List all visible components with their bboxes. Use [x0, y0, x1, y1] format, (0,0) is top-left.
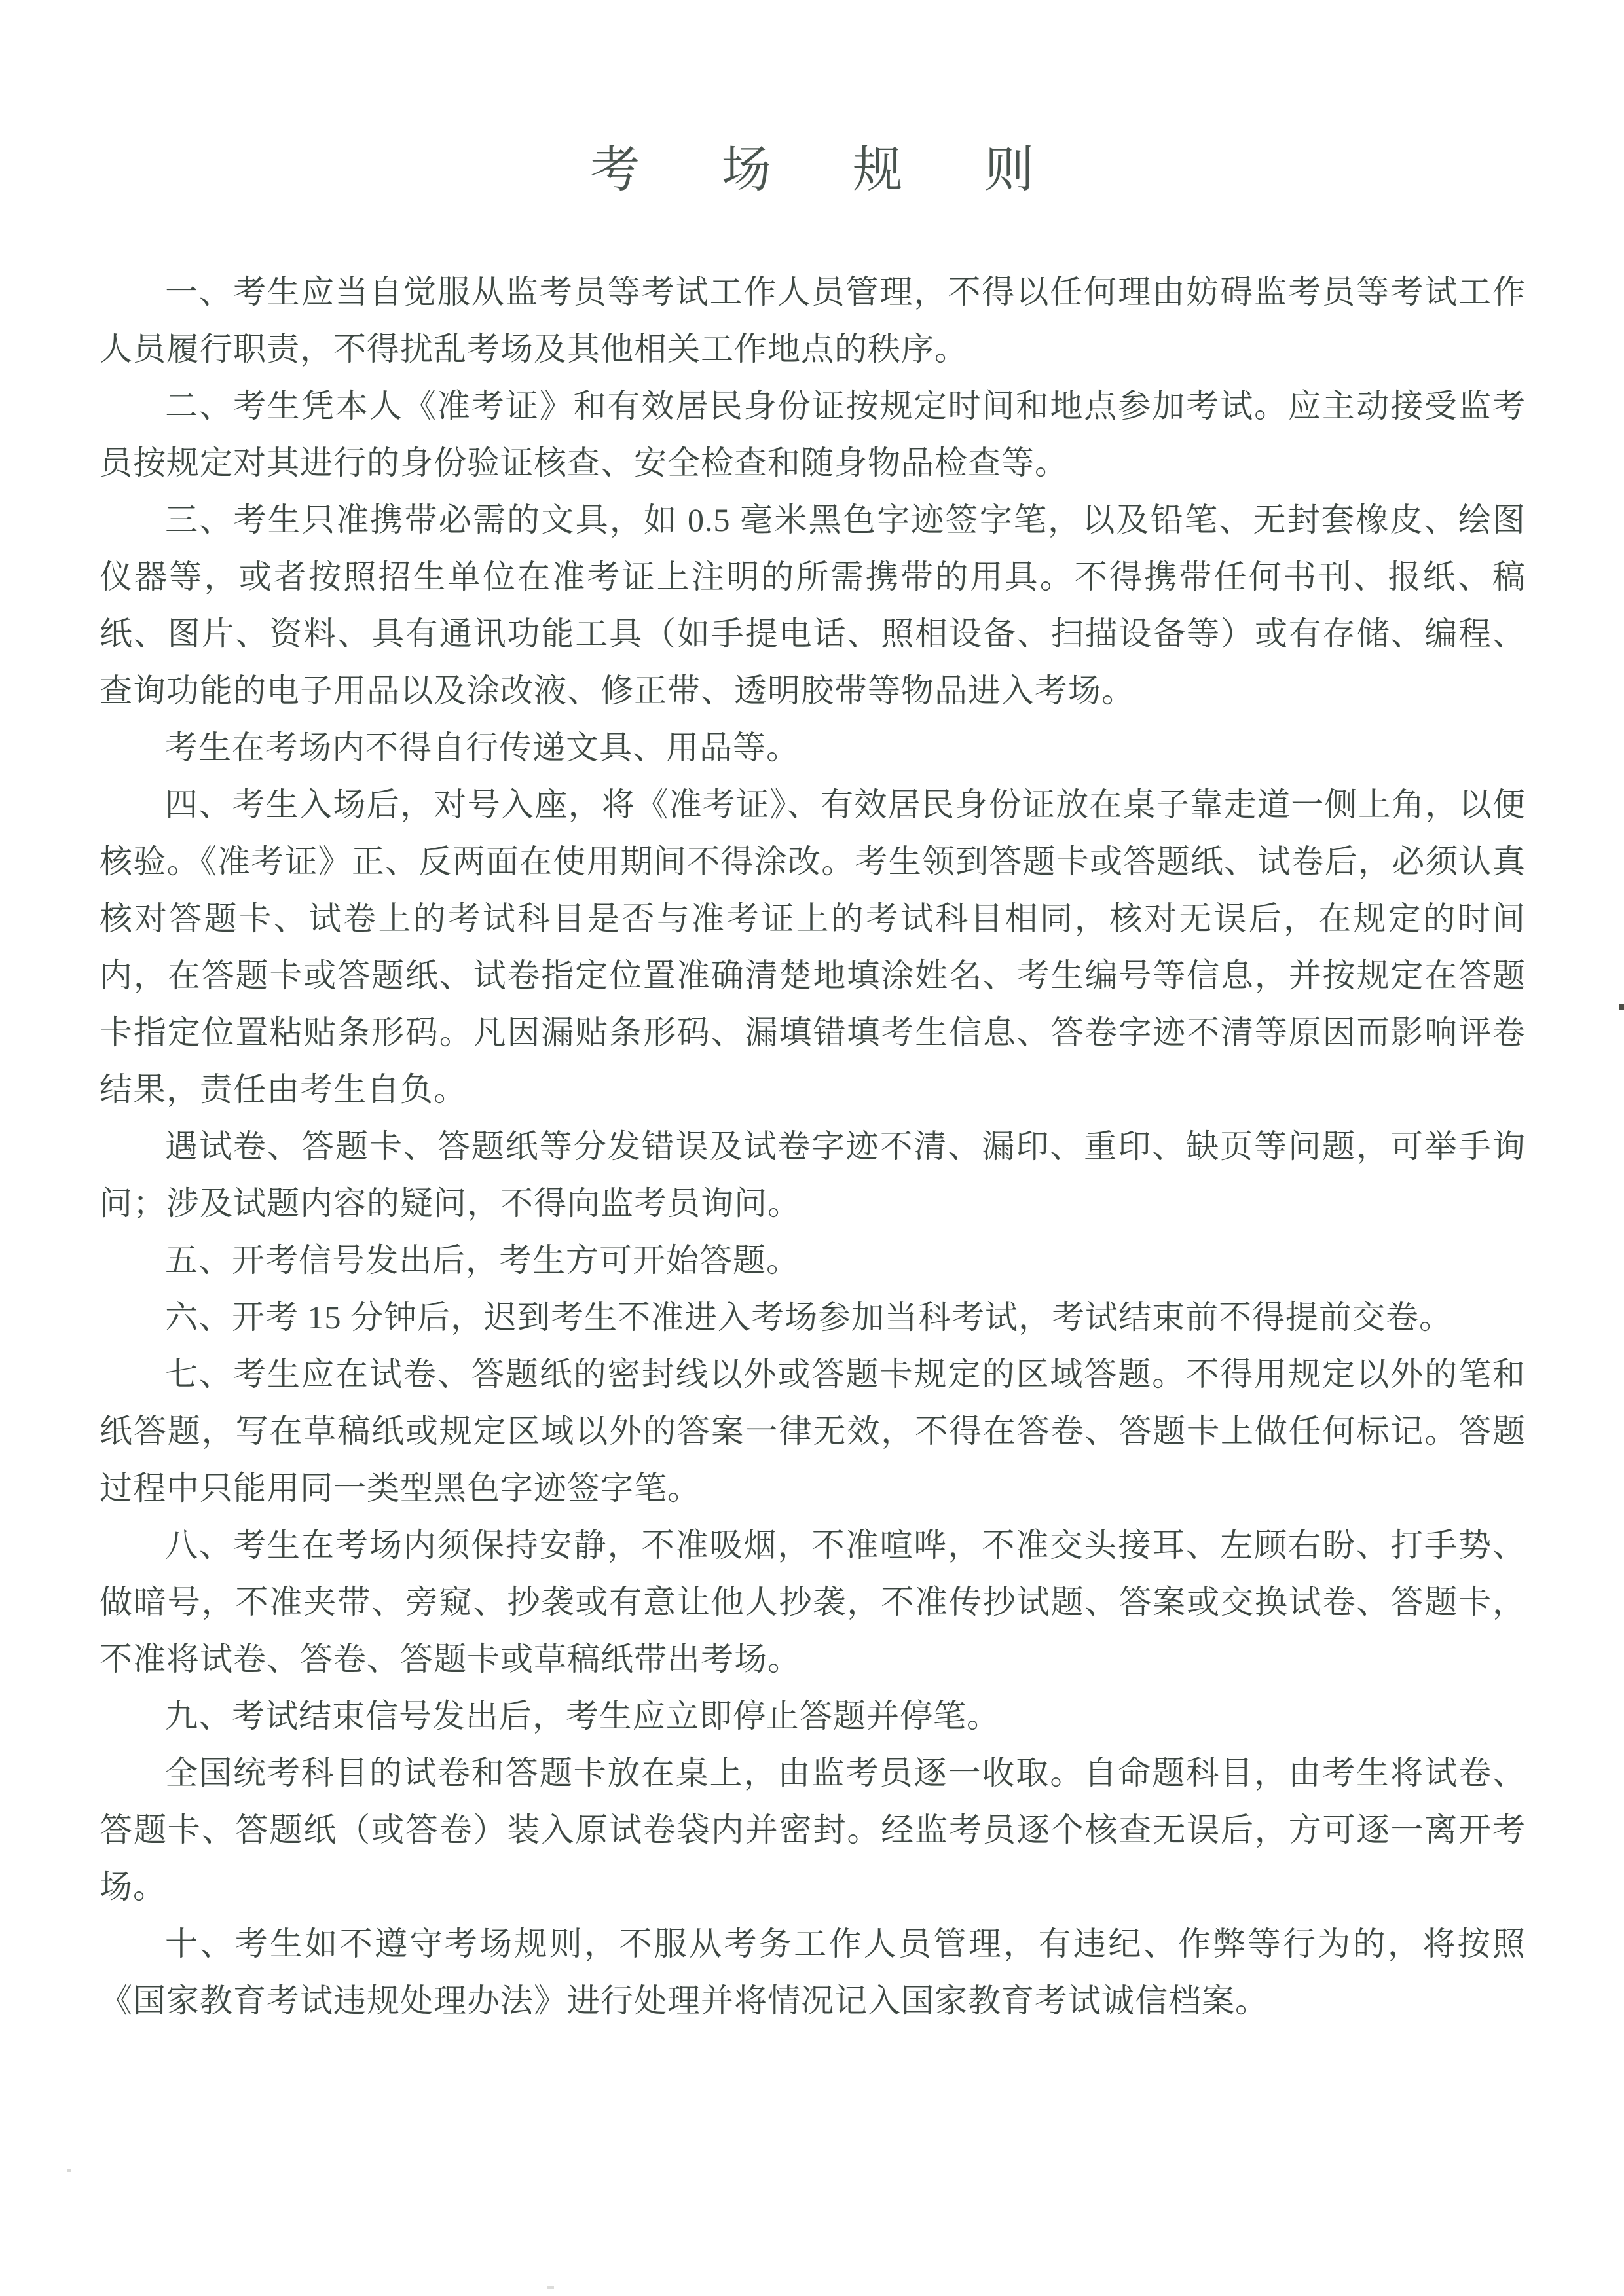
- scan-speck: [1619, 1004, 1624, 1010]
- document-body: 一、考生应当自觉服从监考员等考试工作人员管理，不得以任何理由妨碍监考员等考试工作…: [100, 264, 1526, 2030]
- paragraph: 四、考生入场后，对号入座，将《准考证》、有效居民身份证放在桌子靠走道一侧上角，以…: [100, 776, 1526, 1118]
- paragraph: 二、考生凭本人《准考证》和有效居民身份证按规定时间和地点参加考试。应主动接受监考…: [100, 378, 1526, 492]
- scan-speck: [67, 2169, 71, 2172]
- paragraph: 全国统考科目的试卷和答题卡放在桌上，由监考员逐一收取。自命题科目，由考生将试卷、…: [100, 1745, 1526, 1916]
- paragraph: 九、考试结束信号发出后，考生应立即停止答题并停笔。: [100, 1688, 1526, 1745]
- paragraph: 考生在考场内不得自行传递文具、用品等。: [100, 720, 1526, 776]
- paragraph: 八、考生在考场内须保持安静，不准吸烟，不准喧哗，不准交头接耳、左顾右盼、打手势、…: [100, 1517, 1526, 1688]
- scan-speck: [547, 2286, 554, 2289]
- paragraph: 遇试卷、答题卡、答题纸等分发错误及试卷字迹不清、漏印、重印、缺页等问题，可举手询…: [100, 1118, 1526, 1232]
- page-title: 考 场 规 则: [0, 0, 1624, 201]
- paragraph: 三、考生只准携带必需的文具，如 0.5 毫米黑色字迹签字笔，以及铅笔、无封套橡皮…: [100, 492, 1526, 720]
- paragraph: 十、考生如不遵守考场规则，不服从考务工作人员管理，有违纪、作弊等行为的，将按照《…: [100, 1916, 1526, 2030]
- paragraph: 七、考生应在试卷、答题纸的密封线以外或答题卡规定的区域答题。不得用规定以外的笔和…: [100, 1346, 1526, 1517]
- document-page: 考 场 规 则 一、考生应当自觉服从监考员等考试工作人员管理，不得以任何理由妨碍…: [0, 0, 1624, 2296]
- paragraph: 六、开考 15 分钟后，迟到考生不准进入考场参加当科考试，考试结束前不得提前交卷…: [100, 1289, 1526, 1346]
- paragraph: 五、开考信号发出后，考生方可开始答题。: [100, 1232, 1526, 1289]
- paragraph: 一、考生应当自觉服从监考员等考试工作人员管理，不得以任何理由妨碍监考员等考试工作…: [100, 264, 1526, 378]
